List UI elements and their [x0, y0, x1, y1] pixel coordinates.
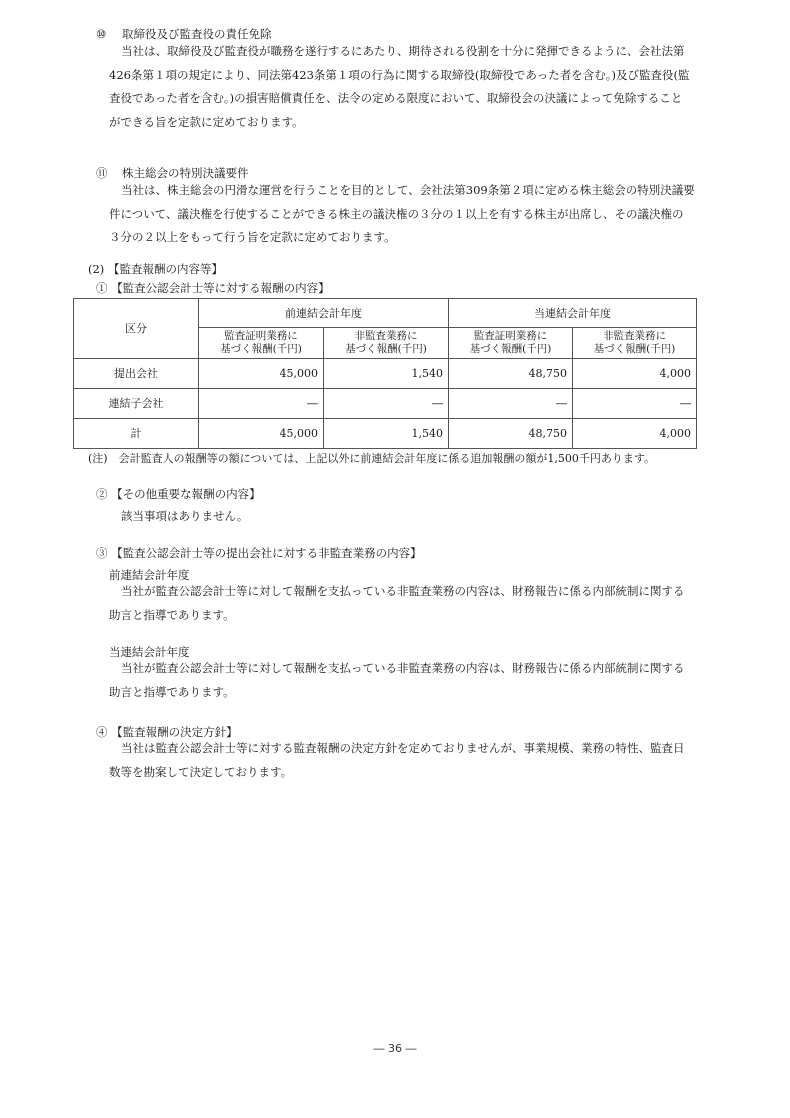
row-label: 計: [74, 419, 199, 449]
body-line: 数等を勘案して決定しております。: [109, 761, 685, 785]
body-line: 426条第１項の規定により、同法第423条第１項の行為に関する取締役(取締役であ…: [109, 64, 690, 88]
sub2-heading: ② 【その他重要な報酬の内容】: [96, 487, 261, 501]
table-note: (注) 会計監査人の報酬等の額については、上記以外に前連結会計年度に係る追加報酬…: [88, 452, 655, 466]
body-line: 当社が監査公認会計士等に対して報酬を支払っている非監査業務の内容は、財務報告に係…: [109, 657, 685, 681]
page-number: ― 36 ―: [0, 1042, 790, 1055]
cell-value: 4,000: [573, 359, 697, 389]
body-line: 当社は、取締役及び監査役が職務を遂行するにあたり、期待される役割を十分に発揮でき…: [109, 40, 690, 64]
cell-value: 45,000: [199, 419, 324, 449]
body-line: ができる旨を定款に定めております。: [109, 111, 690, 135]
cell-value: ―: [573, 389, 697, 419]
header-prev-period: 前連結会計年度: [199, 299, 449, 328]
cell-value: 45,000: [199, 359, 324, 389]
cell-value: 1,540: [324, 419, 449, 449]
body-line: 当社は、株主総会の円滑な運営を行うことを目的として、会社法第309条第２項に定め…: [109, 179, 695, 203]
sub3-prev-body: 当社が監査公認会計士等に対して報酬を支払っている非監査業務の内容は、財務報告に係…: [109, 580, 685, 627]
header-category: 区分: [74, 299, 199, 359]
body-line: ３分の２以上をもって行う旨を定款に定めております。: [109, 226, 695, 250]
header-curr-period: 当連結会計年度: [449, 299, 697, 328]
cell-value: 4,000: [573, 419, 697, 449]
cell-value: ―: [449, 389, 573, 419]
body-line: 助言と指導であります。: [109, 681, 685, 705]
sub3-heading: ③ 【監査公認会計士等の提出会社に対する非監査業務の内容】: [96, 546, 422, 560]
body-line: 当社は監査公認会計士等に対する監査報酬の決定方針を定めておりませんが、事業規模、…: [109, 737, 685, 761]
table-row: 連結子会社 ― ― ― ―: [74, 389, 697, 419]
item10-body: 当社は、取締役及び監査役が職務を遂行するにあたり、期待される役割を十分に発揮でき…: [109, 40, 690, 134]
sub1-heading: ① 【監査公認会計士等に対する報酬の内容】: [96, 281, 330, 295]
item11-marker: ⑪: [96, 166, 108, 180]
subheader-prev-audit: 監査証明業務に基づく報酬(千円): [199, 328, 324, 359]
cell-value: ―: [199, 389, 324, 419]
sub3-curr-body: 当社が監査公認会計士等に対して報酬を支払っている非監査業務の内容は、財務報告に係…: [109, 657, 685, 704]
item10-title: 取締役及び監査役の責任免除: [122, 27, 272, 41]
body-line: 件について、議決権を行使することができる株主の議決権の３分の１以上を有する株主が…: [109, 203, 695, 227]
subheader-curr-nonaudit: 非監査業務に基づく報酬(千円): [573, 328, 697, 359]
cell-value: ―: [324, 389, 449, 419]
row-label: 連結子会社: [74, 389, 199, 419]
cell-value: 48,750: [449, 419, 573, 449]
table-row: 計 45,000 1,540 48,750 4,000: [74, 419, 697, 449]
row-label: 提出会社: [74, 359, 199, 389]
cell-value: 48,750: [449, 359, 573, 389]
subheader-prev-nonaudit: 非監査業務に基づく報酬(千円): [324, 328, 449, 359]
section2-heading: (2) 【監査報酬の内容等】: [88, 262, 223, 276]
subheader-curr-audit: 監査証明業務に基づく報酬(千円): [449, 328, 573, 359]
cell-value: 1,540: [324, 359, 449, 389]
body-line: 査役であった者を含む。)の損害賠償責任を、法令の定める限度において、取締役会の決…: [109, 87, 690, 111]
sub4-body: 当社は監査公認会計士等に対する監査報酬の決定方針を定めておりませんが、事業規模、…: [109, 737, 685, 784]
audit-fee-table: 区分 前連結会計年度 当連結会計年度 監査証明業務に基づく報酬(千円) 非監査業…: [73, 298, 697, 449]
item11-body: 当社は、株主総会の円滑な運営を行うことを目的として、会社法第309条第２項に定め…: [109, 179, 695, 250]
item10-marker: ⑩: [96, 27, 106, 41]
table-row: 提出会社 45,000 1,540 48,750 4,000: [74, 359, 697, 389]
item11-title: 株主総会の特別決議要件: [122, 166, 249, 180]
sub2-body: 該当事項はありません。: [121, 509, 248, 523]
body-line: 当社が監査公認会計士等に対して報酬を支払っている非監査業務の内容は、財務報告に係…: [109, 580, 685, 604]
body-line: 助言と指導であります。: [109, 604, 685, 628]
